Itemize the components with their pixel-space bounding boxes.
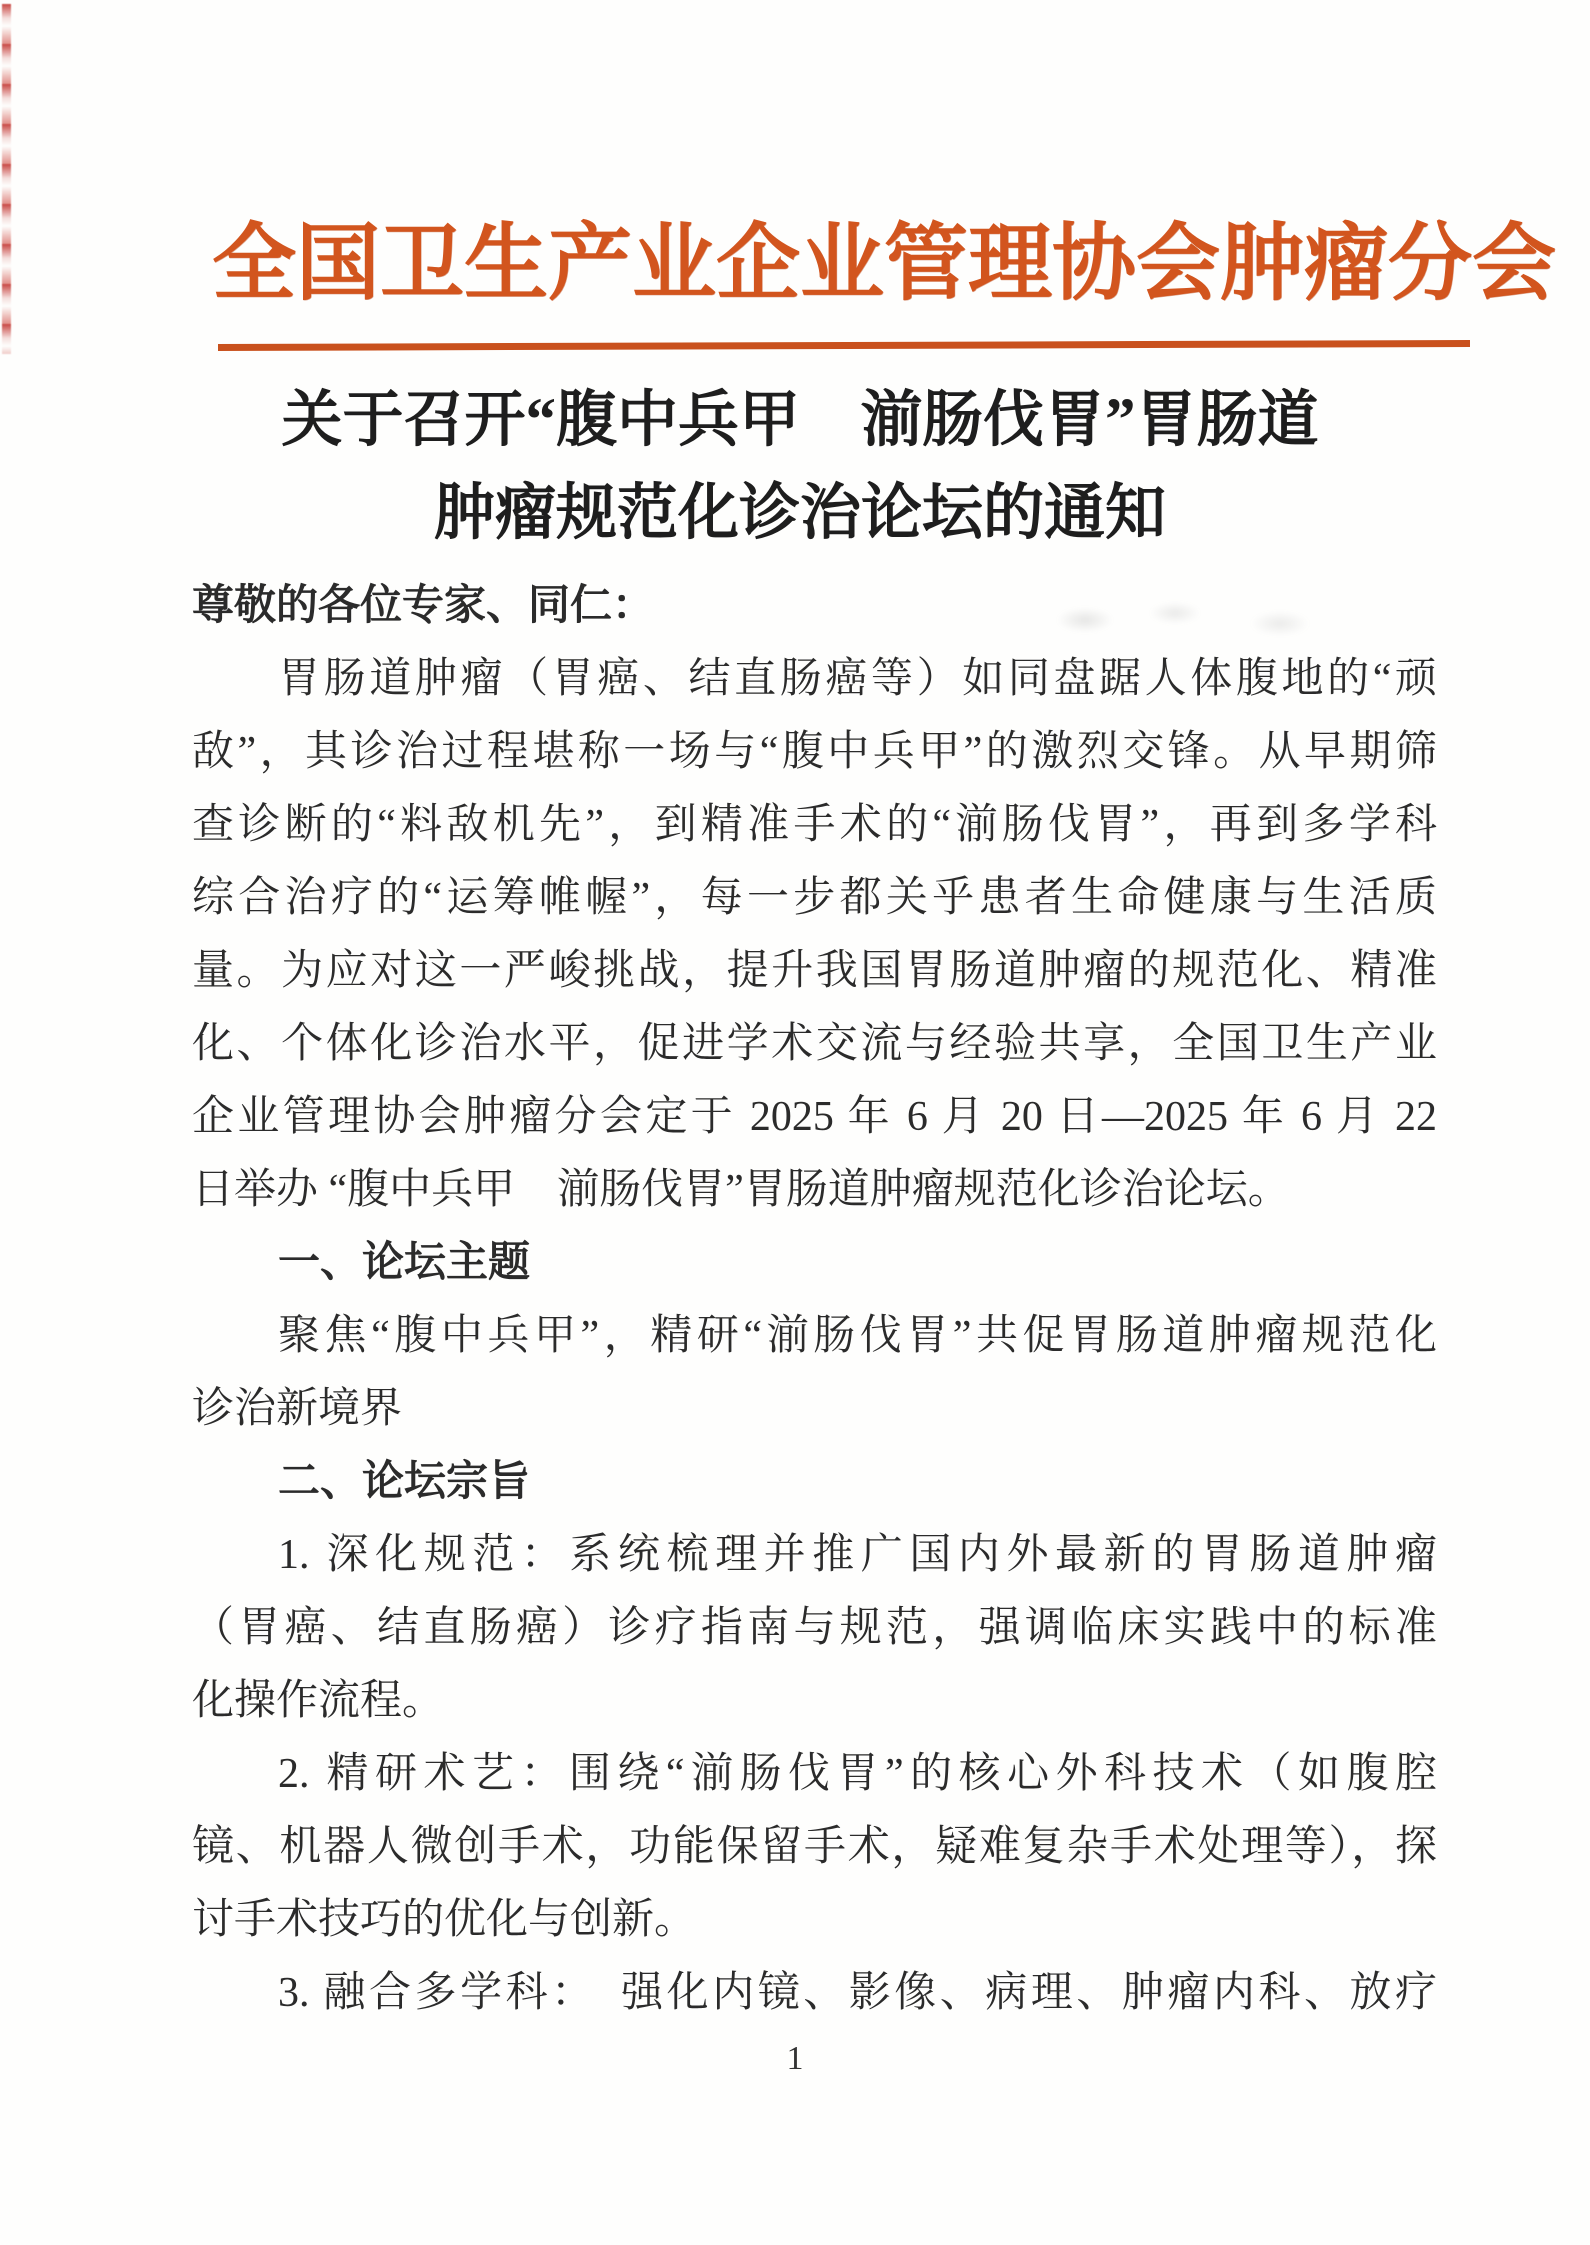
header-divider [218,340,1470,351]
document-page: 全国卫生产业企业管理协会肿瘤分会 关于召开“腹中兵甲 湔肠伐胃”胃肠道 肿瘤规范… [0,0,1590,2245]
body-line: 化、个体化诊治水平，促进学术交流与经验共享，全国卫生产业 [192,1008,1437,1081]
section-heading: 一、论坛主题 [192,1227,1437,1300]
body-line: （胃癌、结直肠癌）诊疗指南与规范，强调临床实践中的标准 [192,1592,1437,1665]
body-text: 尊敬的各位专家、同仁：胃肠道肿瘤（胃癌、结直肠癌等）如同盘踞人体腹地的“顽敌”，… [192,570,1437,2030]
doc-title-line2: 肿瘤规范化诊治论坛的通知 [170,467,1430,560]
body-line: 量。为应对这一严峻挑战，提升我国胃肠道肿瘤的规范化、精准 [192,935,1437,1008]
body-line: 2. 精研术艺：围绕“湔肠伐胃”的核心外科技术（如腹腔 [192,1738,1437,1811]
body-line: 诊治新境界 [192,1373,1437,1446]
body-line: 尊敬的各位专家、同仁： [192,570,1437,643]
body-line: 日举办 “腹中兵甲 湔肠伐胃”胃肠道肿瘤规范化诊治论坛。 [192,1154,1437,1227]
body-line: 综合治疗的“运筹帷幄”，每一步都关乎患者生命健康与生活质 [192,862,1437,935]
body-line: 胃肠道肿瘤（胃癌、结直肠癌等）如同盘踞人体腹地的“顽 [192,643,1437,716]
body-line: 1. 深化规范：系统梳理并推广国内外最新的胃肠道肿瘤 [192,1519,1437,1592]
doc-title: 关于召开“腹中兵甲 湔肠伐胃”胃肠道 肿瘤规范化诊治论坛的通知 [170,374,1430,560]
section-heading: 二、论坛宗旨 [192,1446,1437,1519]
doc-title-line1: 关于召开“腹中兵甲 湔肠伐胃”胃肠道 [170,374,1430,467]
scan-artifact-streak [2,4,11,354]
body-line: 3. 融合多学科： 强化内镜、影像、病理、肿瘤内科、放疗 [192,1957,1437,2030]
body-line: 聚焦“腹中兵甲”，精研“湔肠伐胃”共促胃肠道肿瘤规范化 [192,1300,1437,1373]
page-number: 1 [0,2040,1590,2078]
body-line: 敌”，其诊治过程堪称一场与“腹中兵甲”的激烈交锋。从早期筛 [192,716,1437,789]
org-title: 全国卫生产业企业管理协会肿瘤分会 [212,196,1472,317]
body-line: 查诊断的“料敌机先”，到精准手术的“湔肠伐胃”，再到多学科 [192,789,1437,862]
body-line: 讨手术技巧的优化与创新。 [192,1884,1437,1957]
body-line: 镜、机器人微创手术，功能保留手术，疑难复杂手术处理等），探 [192,1811,1437,1884]
body-line: 企业管理协会肿瘤分会定于 2025 年 6 月 20 日—2025 年 6 月 … [192,1081,1437,1154]
body-line: 化操作流程。 [192,1665,1437,1738]
